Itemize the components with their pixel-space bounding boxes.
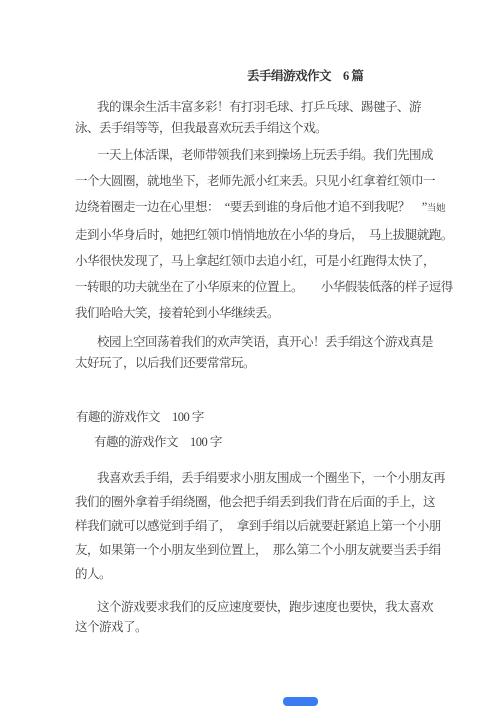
text-line: 走到小华身后时，她把红领巾悄悄地放在小华的身后， 马上拔腿就跑。	[75, 222, 425, 248]
text-line: 小华很快发现了，马上拿起红领巾去追小红，可是小红跑得太快了，	[75, 248, 425, 274]
text-line: 这个游戏要求我们的反应速度要快，跑步速度也要快，我太喜欢	[75, 597, 425, 617]
text-line: 太好玩了，以后我们还要常常玩。	[75, 353, 425, 374]
small-text-suffix: 当她	[427, 204, 445, 214]
paragraph: 我喜欢丢手绢，丢手绢要求小朋友围成一个圈坐下，一个小朋友再 我们的圈外拿着手绢绕…	[75, 466, 425, 586]
section-heading: 有趣的游戏作文 100 字	[76, 407, 204, 425]
text-line: 我们的圈外拿着手绢绕圈，他会把手绢丢到我们背在后面的手上，这	[75, 490, 425, 514]
text-line: 友，如果第一个小朋友坐到位置上， 那么第二个小朋友就要当丢手绢	[75, 538, 425, 562]
paragraph: 校园上空回荡着我们的欢声笑语，真开心！丢手绢这个游戏真是 太好玩了，以后我们还要…	[75, 332, 425, 374]
bottom-blue-bar	[283, 697, 318, 706]
text-line: 我们哈哈大笑，接着轮到小华继续丢。	[75, 300, 425, 326]
text-line: 一天上体活课，老师带领我们来到操场上玩丢手绢。我们先围成	[75, 142, 425, 168]
text-line: 校园上空回荡着我们的欢声笑语，真开心！丢手绢这个游戏真是	[75, 332, 425, 353]
paragraph: 这个游戏要求我们的反应速度要快，跑步速度也要快，我太喜欢 这个游戏了。	[75, 597, 425, 637]
text-line: 的人。	[75, 562, 425, 586]
text-line: 边绕着圈走一边在心里想： “要丢到谁的身后他才追不到我呢？ ”当她	[75, 194, 425, 222]
text-line: 一个大圆圈，就地坐下，老师先派小红来丢。只见小红拿着红领巾一	[75, 168, 425, 194]
text-line: 一转眼的功夫就坐在了小华原来的位置上。 小华假装低落的样子逗得	[75, 274, 425, 300]
text-line: 泳、丢手绢等等，但我最喜欢玩丢手绢这个戏。	[75, 118, 425, 139]
text-line-main: 边绕着圈走一边在心里想： “要丢到谁的身后他才追不到我呢？ ”	[75, 200, 427, 214]
text-line: 样我们就可以感觉到手绢了， 拿到手绢以后就要赶紧追上第一个小朋	[75, 514, 425, 538]
paragraph: 一天上体活课，老师带领我们来到操场上玩丢手绢。我们先围成 一个大圆圈，就地坐下，…	[75, 142, 425, 326]
section-heading-indented: 有趣的游戏作文 100 字	[94, 432, 222, 450]
text-line: 这个游戏了。	[75, 617, 425, 637]
document-page: 丢手绢游戏作文 6 篇 我的课余生活丰富多彩！有打羽毛球、打乒乓球、踢毽子、游 …	[0, 0, 500, 708]
document-title: 丢手绢游戏作文 6 篇	[247, 66, 363, 84]
paragraph: 我的课余生活丰富多彩！有打羽毛球、打乒乓球、踢毽子、游 泳、丢手绢等等，但我最喜…	[75, 97, 425, 139]
text-line: 我喜欢丢手绢，丢手绢要求小朋友围成一个圈坐下，一个小朋友再	[75, 466, 425, 490]
text-line: 我的课余生活丰富多彩！有打羽毛球、打乒乓球、踢毽子、游	[75, 97, 425, 118]
